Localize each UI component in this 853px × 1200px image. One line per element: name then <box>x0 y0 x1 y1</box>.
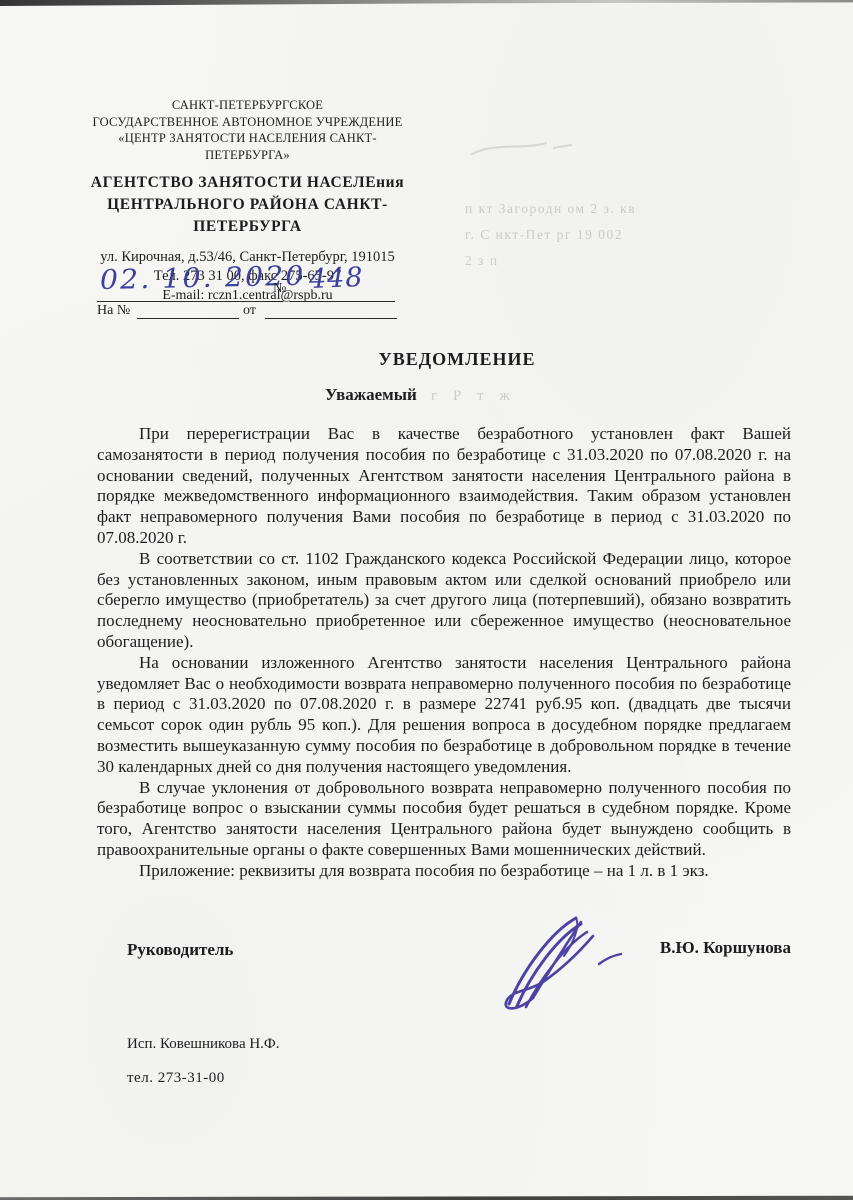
signatory-name: В.Ю. Коршунова <box>660 938 791 958</box>
number-sign-label: № <box>273 281 286 297</box>
agency-name: АГЕНТСТВО ЗАНЯТОСТИ НАСЕЛЕния ЦЕНТРАЛЬНО… <box>85 172 410 238</box>
reference-row: На № от <box>97 303 407 323</box>
date-underline <box>97 301 265 302</box>
body-paragraph-3: На основании изложенного Агентство занят… <box>97 653 791 778</box>
body-paragraph-1: При перерегистрации Вас в качестве безра… <box>97 424 791 549</box>
org-name-line-1: САНКТ-ПЕТЕРБУРГСКОЕ <box>85 97 410 114</box>
document-body: При перерегистрации Вас в качестве безра… <box>97 424 791 882</box>
recipient-address-faint: п кт Загородн ом 2 з. кв г. С нкт-Пет рг… <box>465 196 805 274</box>
org-name-line-3: «ЦЕНТР ЗАНЯТОСТИ НАСЕЛЕНИЯ САНКТ-ПЕТЕРБУ… <box>85 130 410 163</box>
date-number-row: 02. 10. 2020 № 448 <box>97 268 407 306</box>
reply-to-label: На № <box>97 303 130 319</box>
signatory-position-title: Руководитель <box>127 940 233 960</box>
salutation-label: Уважаемый <box>325 385 417 404</box>
executor-phone: тел. 273-31-00 <box>127 1070 225 1087</box>
agency-name-line-2: ЦЕНТРАЛЬНОГО РАЙОНА САНКТ- <box>85 194 410 216</box>
recipient-line-1: п кт Загородн ом 2 з. кв <box>465 196 805 222</box>
scan-artifact-bottom-edge <box>0 1195 853 1200</box>
handwritten-document-number: 448 <box>308 262 364 295</box>
agency-name-line-1: АГЕНТСТВО ЗАНЯТОСТИ НАСЕЛЕния <box>85 172 410 194</box>
salutation-line: Уважаемый г Р т ж <box>325 385 516 405</box>
document-title: УВЕДОМЛЕНИЕ <box>97 349 817 370</box>
executor-name: Исп. Ковешникова Н.Ф. <box>127 1036 280 1053</box>
reply-from-label: от <box>243 303 256 319</box>
erased-recipient-name: г Р т ж <box>431 388 516 404</box>
recipient-line-3: 2 з п <box>465 248 805 274</box>
body-paragraph-2: В соответствии со ст. 1102 Гражданского … <box>97 549 791 653</box>
body-paragraph-4: В случае уклонения от добровольного возв… <box>97 778 791 861</box>
scan-artifact-top-edge <box>0 0 853 6</box>
reply-number-underline <box>137 318 239 319</box>
signature-ink <box>493 908 633 1018</box>
org-name-line-2: ГОСУДАРСТВЕННОЕ АВТОНОМНОЕ УЧРЕЖДЕНИЕ <box>85 114 410 131</box>
reply-date-underline <box>265 318 397 319</box>
attachment-line: Приложение: реквизиты для возврата пособ… <box>97 861 791 882</box>
recipient-line-2: г. С нкт-Пет рг 19 002 <box>465 222 805 248</box>
number-underline <box>291 301 395 302</box>
agency-name-line-3: ПЕТЕРБУРГА <box>85 216 410 238</box>
scanned-document-page: САНКТ-ПЕТЕРБУРГСКОЕ ГОСУДАРСТВЕННОЕ АВТО… <box>0 0 853 1200</box>
faint-pen-mark <box>468 134 578 164</box>
